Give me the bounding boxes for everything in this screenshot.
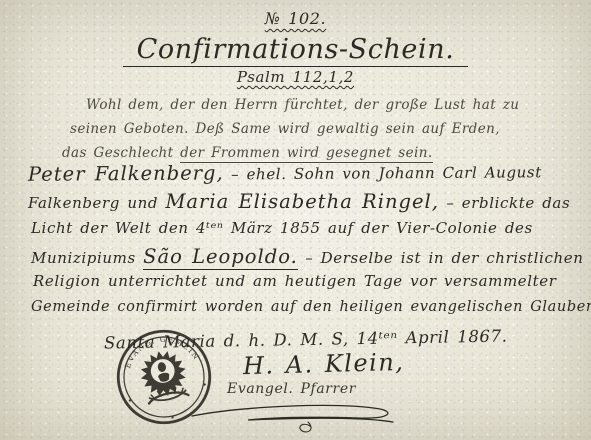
body-line: Falkenberg und Maria Elisabetha Ringel, … [28, 190, 570, 213]
name-peter-falkenberg: Peter Falkenberg, [28, 161, 224, 185]
psalm-line: das Geschlecht der Frommen wird gesegnet… [62, 145, 433, 161]
psalm-reference: Psalm 112,1,2 [0, 68, 591, 86]
church-seal-stamp-icon: EVANG. GEMEINDE [103, 316, 226, 437]
document-title: Confirmations-Schein. [0, 34, 591, 65]
place-sao-leopoldo: São Leopoldo. [143, 245, 298, 270]
body-line: Peter Falkenberg, – ehel. Sohn von Johan… [28, 159, 542, 186]
body-line: Religion unterrichtet und am heutigen Ta… [33, 272, 557, 290]
psalm-line: seinen Geboten. Deß Same wird gewaltig s… [70, 121, 500, 137]
psalm-line: Wohl dem, der den Herrn fürchtet, der gr… [86, 97, 519, 113]
body-line: Gemeinde confirmirt worden auf den heili… [31, 299, 591, 315]
body-line: Munizipiums São Leopoldo. – Derselbe ist… [31, 245, 583, 268]
signature-role: Evangel. Pfarrer [227, 381, 356, 397]
certificate-document: № 102. Confirmations-Schein. Psalm 112,1… [0, 0, 591, 440]
body-line: Licht der Welt den 4ᵗᵉⁿ März 1855 auf de… [31, 219, 533, 237]
document-number: № 102. [0, 9, 591, 28]
pastor-signature: H. A. Klein, [243, 348, 405, 380]
name-maria-elisabetha-ringel: Maria Elisabetha Ringel, [165, 190, 439, 213]
